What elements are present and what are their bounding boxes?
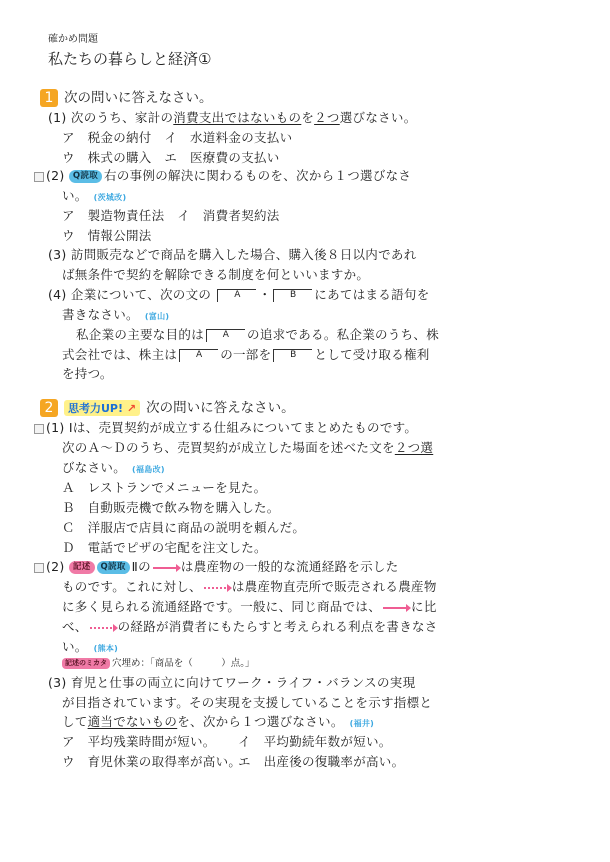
question-text-cont: 書きなさい。(富山) — [62, 305, 169, 323]
option-line: Ｂ 自動販売機で飲み物を購入した。 — [62, 498, 280, 516]
underlined-text: 適当でないもの — [88, 714, 178, 729]
question-number: (2) — [46, 559, 65, 574]
option-line: ア 平均残業時間が短い。 — [62, 732, 216, 750]
blank-box-a: A — [206, 329, 245, 342]
passage-line: を持つ。 — [62, 364, 113, 382]
question-text-cont: べ、の経路が消費者にもたらすと考えられる利点を書きなさ — [62, 617, 438, 635]
page-title: 私たちの暮らしと経済① — [48, 48, 211, 69]
underlined-text: ２つ選 — [395, 440, 433, 455]
question-number: (1) — [46, 420, 65, 435]
worksheet-label: 確かめ問題 — [48, 30, 98, 45]
passage-text: 私企業の主要な目的は — [76, 327, 204, 342]
question-text: に多く見られる流通経路です。一般に、同じ商品では、 — [62, 599, 381, 614]
blank-box-b: B — [273, 289, 312, 302]
passage-text: の一部を — [220, 347, 271, 362]
passage-text: 式会社では、株主は — [62, 347, 177, 362]
option-line: Ｄ 電話でピザの宅配を注文した。 — [62, 538, 267, 556]
question-1-1: (1) 次のうち、家計の消費支出ではないものを２つ選びなさい。 — [48, 108, 417, 126]
option-line: イ 平均勤続年数が短い。 — [238, 732, 392, 750]
passage-line: 式会社では、株主はAの一部をBとして受け取る権利 — [62, 345, 430, 363]
question-2-1: (1) Ⅰは、売買契約が成立する仕組みについてまとめたものです。 — [34, 418, 417, 436]
source-label: (富山) — [145, 312, 170, 321]
writing-hint: 記述のミカタ穴埋め：「商品を（ ）点。」 — [62, 655, 255, 669]
question-text-cont: い。(茨城改) — [62, 186, 126, 204]
question-text-cont: に多く見られる流通経路です。一般に、同じ商品では、に比 — [62, 597, 437, 615]
question-text: びなさい。 — [62, 460, 126, 475]
section-instruction: 次の問いに答えなさい。 — [64, 90, 213, 106]
section-instruction: 次の問いに答えなさい。 — [146, 400, 295, 416]
checkbox-mark-icon[interactable] — [34, 424, 44, 434]
pencil-write-tag-icon: 記述 — [69, 561, 95, 574]
dotted-arrow-icon — [90, 627, 116, 629]
option-line: ウ 情報公開法 — [62, 226, 152, 244]
solid-arrow-icon — [383, 607, 409, 609]
option-line: エ 出産後の復職率が高い。 — [238, 752, 404, 770]
question-2-3: (3) 育児と仕事の両立に向けてワーク・ライフ・バランスの実現 — [48, 673, 415, 691]
section-2-heading: 2思考力UP! ↗次の問いに答えなさい。 — [40, 396, 295, 417]
question-number: (3) — [48, 247, 67, 262]
question-text: を — [301, 110, 314, 125]
blank-box-b: B — [273, 349, 312, 362]
passage-text: として受け取る権利 — [314, 347, 429, 362]
source-label: (熊本) — [94, 644, 119, 653]
question-text-cont: びなさい。(福島改) — [62, 458, 165, 476]
badge-text: 思考力UP! — [68, 402, 123, 415]
question-text: 企業について、次の文の — [71, 287, 211, 302]
option-line: Ａ レストランでメニューを見た。 — [62, 478, 266, 496]
source-label: (茨城改) — [94, 193, 127, 202]
question-text: の経路が消費者にもたらすと考えられる利点を書きなさ — [118, 619, 438, 634]
question-text-cont: ば無条件で契約を解除できる制度を何といいますか。 — [62, 265, 369, 283]
section-number-badge: 1 — [40, 89, 58, 107]
question-1-4: (4) 企業について、次の文の A・Bにあてはまる語句を — [48, 285, 430, 303]
option-line: ア 製造物責任法 イ 消費者契約法 — [62, 206, 280, 224]
arrow-up-right-icon: ↗ — [127, 402, 136, 415]
question-text: に比 — [411, 599, 437, 614]
question-text-cont: ものです。これに対し、は農産物直売所で販売される農産物 — [62, 577, 437, 595]
question-text-cont: して適当でないものを、次から１つ選びなさい。(福井) — [62, 712, 374, 730]
question-text: を、次から１つ選びなさい。 — [177, 714, 343, 729]
question-text: い。 — [62, 188, 88, 203]
section-number-badge: 2 — [40, 399, 58, 417]
question-text-cont: 次のＡ～Ｄのうち、売買契約が成立した場面を述べた文を２つ選 — [62, 438, 433, 456]
question-text: 書きなさい。 — [62, 307, 139, 322]
option-line: ウ 育児休業の取得率が高い。 — [62, 752, 241, 770]
underlined-text: 消費支出ではないもの — [173, 110, 301, 125]
question-text-cont: が目指されています。その実現を支援していることを示す指標と — [62, 693, 432, 711]
reading-tag-icon: Q読取 — [69, 170, 102, 183]
dotted-arrow-icon — [204, 587, 230, 589]
section-1-heading: 1次の問いに答えなさい。 — [40, 86, 213, 107]
passage-text: の追求である。私企業のうち、株 — [247, 327, 439, 342]
question-text: して — [62, 714, 88, 729]
question-text: は農産物の一般的な流通経路を示した — [181, 559, 399, 574]
question-text: ものです。これに対し、 — [62, 579, 202, 594]
question-text: Ⅱの — [132, 559, 151, 574]
question-text: い。 — [62, 639, 88, 654]
question-text: 育児と仕事の両立に向けてワーク・ライフ・バランスの実現 — [71, 675, 415, 690]
question-text: 次のうち、家計の — [71, 110, 173, 125]
reading-tag-icon: Q読取 — [97, 561, 130, 574]
question-1-3: (3) 訪問販売などで商品を購入した場合、購入後８日以内であれ — [48, 245, 417, 263]
question-text: 選びなさい。 — [340, 110, 417, 125]
blank-box-a: A — [217, 289, 256, 302]
question-text: にあてはまる語句を — [314, 287, 429, 302]
hint-text: 穴埋め：「商品を（ ）点。」 — [112, 658, 255, 669]
question-text: 訪問販売などで商品を購入した場合、購入後８日以内であれ — [71, 247, 417, 262]
blank-box-a: A — [179, 349, 218, 362]
underlined-count: ２つ — [314, 110, 340, 125]
question-1-2: (2) Q読取右の事例の解決に関わるものを、次から１つ選びなさ — [34, 166, 411, 184]
question-text: べ、 — [62, 619, 88, 634]
source-label: (福井) — [350, 719, 375, 728]
question-number: (1) — [48, 110, 67, 125]
question-text: 右の事例の解決に関わるものを、次から１つ選びなさ — [104, 168, 411, 183]
separator: ・ — [258, 287, 271, 302]
option-line: ウ 株式の購入 エ 医療費の支払い — [62, 148, 280, 166]
question-text: は農産物直売所で販売される農産物 — [232, 579, 437, 594]
thinking-up-badge: 思考力UP! ↗ — [64, 400, 140, 416]
question-text: Ⅰは、売買契約が成立する仕組みについてまとめたものです。 — [69, 420, 417, 435]
question-number: (3) — [48, 675, 67, 690]
question-number: (2) — [46, 168, 65, 183]
question-text-cont: い。(熊本) — [62, 637, 118, 655]
solid-arrow-icon — [153, 567, 179, 569]
passage-line: 私企業の主要な目的はAの追求である。私企業のうち、株 — [76, 325, 439, 343]
option-line: Ｃ 洋服店で店員に商品の説明を頼んだ。 — [62, 518, 305, 536]
source-label: (福島改) — [132, 465, 165, 474]
question-number: (4) — [48, 287, 67, 302]
checkbox-mark-icon[interactable] — [34, 563, 44, 573]
writing-hint-tag: 記述のミカタ — [62, 658, 110, 669]
question-2-2: (2) 記述Q読取Ⅱのは農産物の一般的な流通経路を示した — [34, 557, 399, 575]
checkbox-mark-icon[interactable] — [34, 172, 44, 182]
question-text: 次のＡ～Ｄのうち、売買契約が成立した場面を述べた文を — [62, 440, 395, 455]
option-line: ア 税金の納付 イ 水道料金の支払い — [62, 128, 292, 146]
